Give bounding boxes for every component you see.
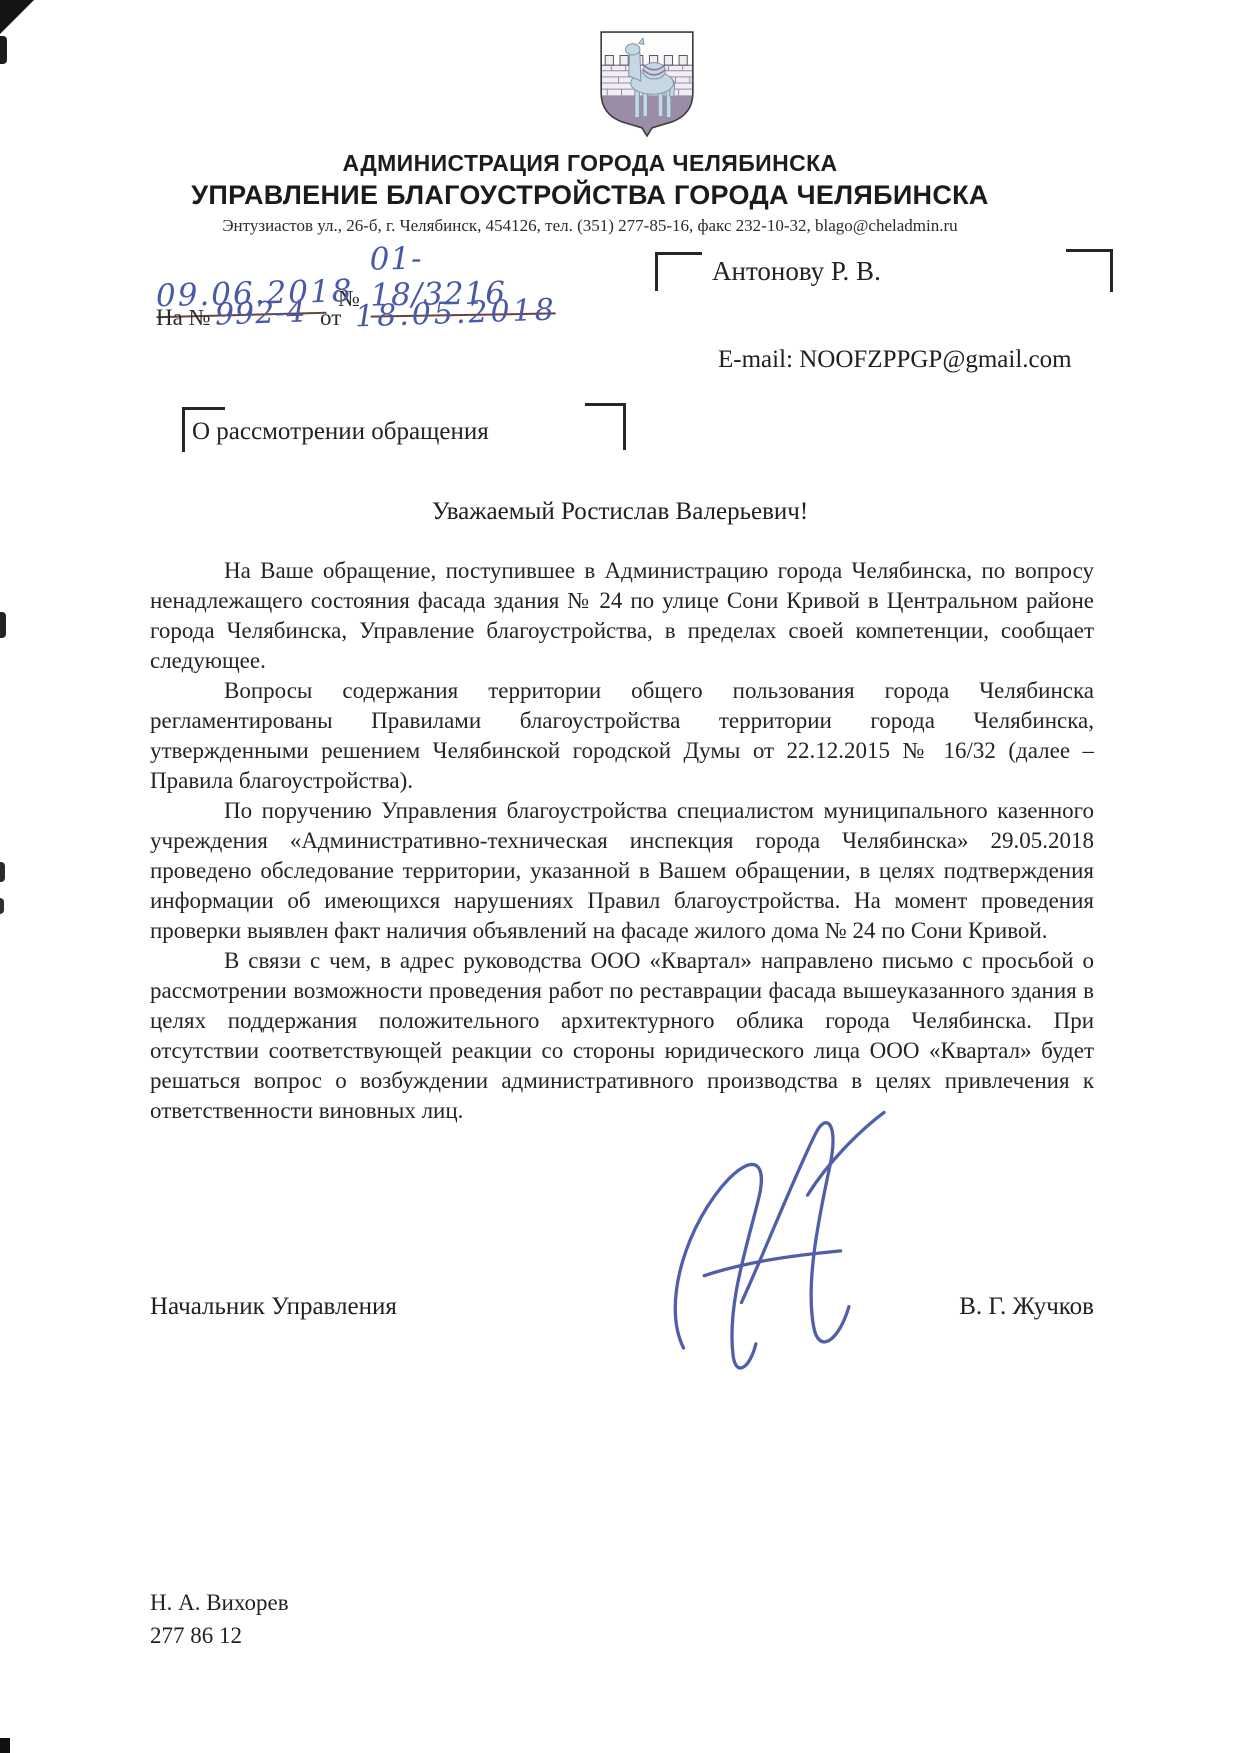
scan-artifact <box>0 36 7 64</box>
executor-name: Н. А. Вихорев <box>150 1586 289 1619</box>
scan-artifact <box>0 862 5 882</box>
signer-position: Начальник Управления <box>150 1293 397 1321</box>
scan-artifact <box>0 898 4 914</box>
reply-to-label: На № <box>156 305 211 331</box>
chelyabinsk-coat-of-arms <box>596 28 698 143</box>
signer-name: В. Г. Жучков <box>959 1293 1094 1321</box>
incoming-number-handwritten: 992-4 <box>214 294 307 332</box>
recipient-email: E-mail: NOOFZPPGP@gmail.com <box>718 346 1072 374</box>
recipient-corner-mark-left <box>655 252 702 291</box>
body-paragraph: По поручению Управления благоустройства … <box>150 796 1094 946</box>
handwritten-signature <box>650 1100 930 1415</box>
letter-body: На Ваше обращение, поступившее в Админис… <box>150 556 1094 1126</box>
organization-name-line2: УПРАВЛЕНИЕ БЛАГОУСТРОЙСТВА ГОРОДА ЧЕЛЯБИ… <box>30 180 1150 211</box>
subject-line: О рассмотрении обращения <box>192 418 489 446</box>
body-paragraph: Вопросы содержания территории общего пол… <box>150 676 1094 796</box>
scan-artifact <box>0 0 34 34</box>
recipient-name: Антонову Р. В. <box>712 256 881 287</box>
recipient-corner-mark-right <box>1066 249 1113 292</box>
incoming-date-handwritten: 18.05.2018 <box>355 292 558 334</box>
incoming-reference-line: На № 992-4 от 18.05.2018 <box>156 296 557 331</box>
organization-name-line1: АДМИНИСТРАЦИЯ ГОРОДА ЧЕЛЯБИНСКА <box>30 150 1150 177</box>
signature-icon <box>650 1100 930 1410</box>
body-paragraph: На Ваше обращение, поступившее в Админис… <box>150 556 1094 676</box>
coat-of-arms-icon <box>596 28 698 138</box>
letterhead: АДМИНИСТРАЦИЯ ГОРОДА ЧЕЛЯБИНСКА УПРАВЛЕН… <box>30 150 1150 236</box>
executor-block: Н. А. Вихорев 277 86 12 <box>150 1586 289 1652</box>
organization-address: Энтузиастов ул., 26-б, г. Челябинск, 454… <box>30 216 1150 236</box>
reply-from-label: от <box>320 305 341 331</box>
scanned-letter-page: АДМИНИСТРАЦИЯ ГОРОДА ЧЕЛЯБИНСКА УПРАВЛЕН… <box>0 0 1240 1753</box>
body-paragraph: В связи с чем, в адрес руководства ООО «… <box>150 946 1094 1126</box>
salutation: Уважаемый Ростислав Валерьевич! <box>0 498 1240 526</box>
scan-artifact <box>0 612 6 638</box>
signature-block: Начальник Управления В. Г. Жучков <box>150 1293 1094 1321</box>
subject-corner-mark-right <box>585 403 626 450</box>
executor-phone: 277 86 12 <box>150 1619 289 1652</box>
scan-artifact <box>0 1738 10 1753</box>
